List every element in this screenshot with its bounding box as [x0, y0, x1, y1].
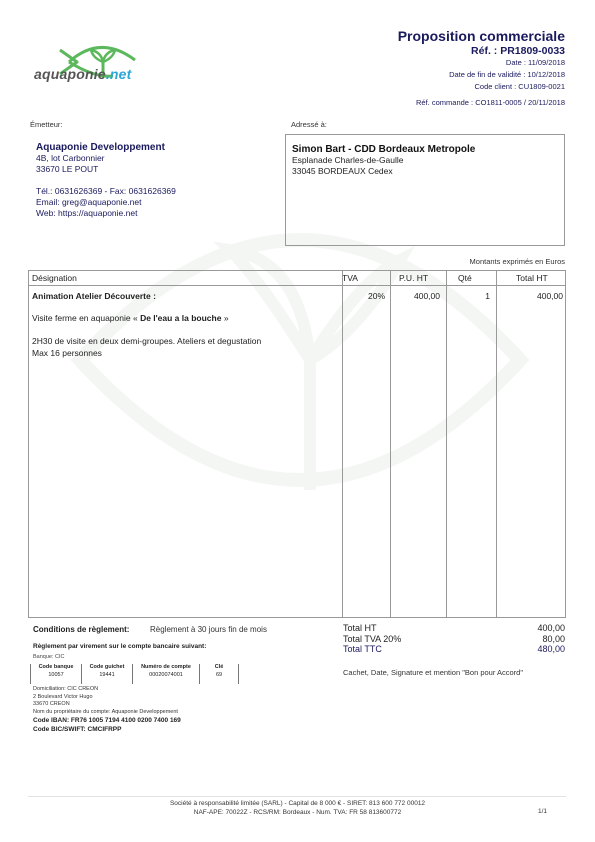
transfer-title: Règlement par virement sur le compte ban…: [33, 643, 206, 650]
header-qty: Qté: [458, 273, 472, 283]
recipient-name: Simon Bart - CDD Bordeaux Metropole: [292, 144, 564, 155]
client-code: Code client : CU1809-0021: [398, 81, 565, 93]
validity-date: Date de fin de validité : 10/12/2018: [398, 69, 565, 81]
emitter-box: Aquaponie Developpement 4B, lot Carbonni…: [30, 134, 280, 229]
header-designation: Désignation: [32, 273, 77, 283]
emitter-phone: Tél.: 0631626369 - Fax: 0631626369: [36, 186, 280, 197]
key-cell: Clé69: [199, 664, 238, 684]
table-header: Désignation TVA P.U. HT Qté Total HT: [29, 271, 565, 286]
column-divider: [238, 664, 239, 684]
emitter-label: Émetteur:: [30, 120, 63, 129]
column-divider: [446, 271, 447, 617]
bic: Code BIC/SWIFT: CMCIFRPP: [33, 725, 181, 734]
account-number-cell: Numéro de compte00020074001: [132, 664, 199, 684]
currency-note: Montants exprimés en Euros: [470, 257, 565, 266]
item-pu-ht: 400,00: [414, 291, 440, 301]
column-divider: [496, 271, 497, 617]
item-description: Visite ferme en aquaponie « De l'eau a l…: [32, 313, 229, 323]
iban: Code IBAN: FR76 1005 7194 4100 0200 7400…: [33, 716, 181, 725]
header-total-ht: Total HT: [516, 273, 548, 283]
recipient-address1: Esplanade Charles-de-Gaulle: [292, 155, 564, 166]
item-tva: 20%: [368, 291, 385, 301]
emitter-web: Web: https://aquaponie.net: [36, 208, 280, 219]
emitter-address2: 33670 LE POUT: [36, 164, 280, 175]
column-divider: [390, 271, 391, 617]
page-number: 1/1: [538, 808, 547, 815]
header-tva: TVA: [342, 273, 358, 283]
item-qty: 1: [485, 291, 490, 301]
recipient-box: Simon Bart - CDD Bordeaux Metropole Espl…: [285, 134, 565, 246]
footer-divider: [28, 796, 566, 797]
bank-code-cell: Code banque10057: [30, 664, 81, 684]
branch-code-cell: Code guichet19441: [81, 664, 132, 684]
footer: Société à responsabilité limitée (SARL) …: [0, 799, 595, 817]
document-date: Date : 11/09/2018: [398, 57, 565, 69]
totals-block: Total HT400,00 Total TVA 20%80,00 Total …: [343, 623, 565, 655]
item-details: 2H30 de visite en deux demi-groupes. Ate…: [32, 336, 261, 346]
order-ref: Réf. commande : CO1811-0005 / 20/11/2018: [398, 97, 565, 109]
footer-line2: NAF-APE: 70022Z - RCS/RM: Bordeaux - Num…: [0, 808, 595, 817]
document-header: Proposition commerciale Réf. : PR1809-00…: [398, 28, 565, 109]
bank-codes: Code IBAN: FR76 1005 7194 4100 0200 7400…: [33, 716, 181, 734]
document-title: Proposition commerciale: [398, 28, 565, 44]
emitter-email: Email: greg@aquaponie.net: [36, 197, 280, 208]
item-total-ht: 400,00: [537, 291, 563, 301]
bank-name: Banque: CIC: [33, 654, 65, 660]
payment-conditions: Conditions de règlement: Règlement à 30 …: [33, 625, 129, 634]
recipient-label: Adressé à:: [291, 120, 327, 129]
total-ht-row: Total HT400,00: [343, 623, 565, 634]
signature-note: Cachet, Date, Signature et mention "Bon …: [343, 668, 523, 677]
recipient-address2: 33045 BORDEAUX Cedex: [292, 166, 564, 177]
conditions-label: Conditions de règlement:: [33, 625, 129, 634]
domiciliation: Domiciliation: CIC CREON 2 Boulevard Vic…: [33, 686, 178, 716]
item-title: Animation Atelier Découverte :: [32, 291, 156, 301]
emitter-address1: 4B, lot Carbonnier: [36, 153, 280, 164]
header-pu-ht: P.U. HT: [399, 273, 428, 283]
conditions-value: Règlement à 30 jours fin de mois: [150, 625, 267, 634]
items-table: Désignation TVA P.U. HT Qté Total HT Ani…: [28, 270, 566, 618]
item-capacity: Max 16 personnes: [32, 348, 102, 358]
brand-wordmark: aquaponie.net: [34, 66, 132, 82]
column-divider: [342, 271, 343, 617]
footer-line1: Société à responsabilité limitée (SARL) …: [0, 799, 595, 808]
emitter-name: Aquaponie Developpement: [36, 142, 280, 153]
total-ttc-row: Total TTC480,00: [343, 644, 565, 655]
total-tva-row: Total TVA 20%80,00: [343, 634, 565, 645]
document-ref: Réf. : PR1809-0033: [398, 45, 565, 57]
